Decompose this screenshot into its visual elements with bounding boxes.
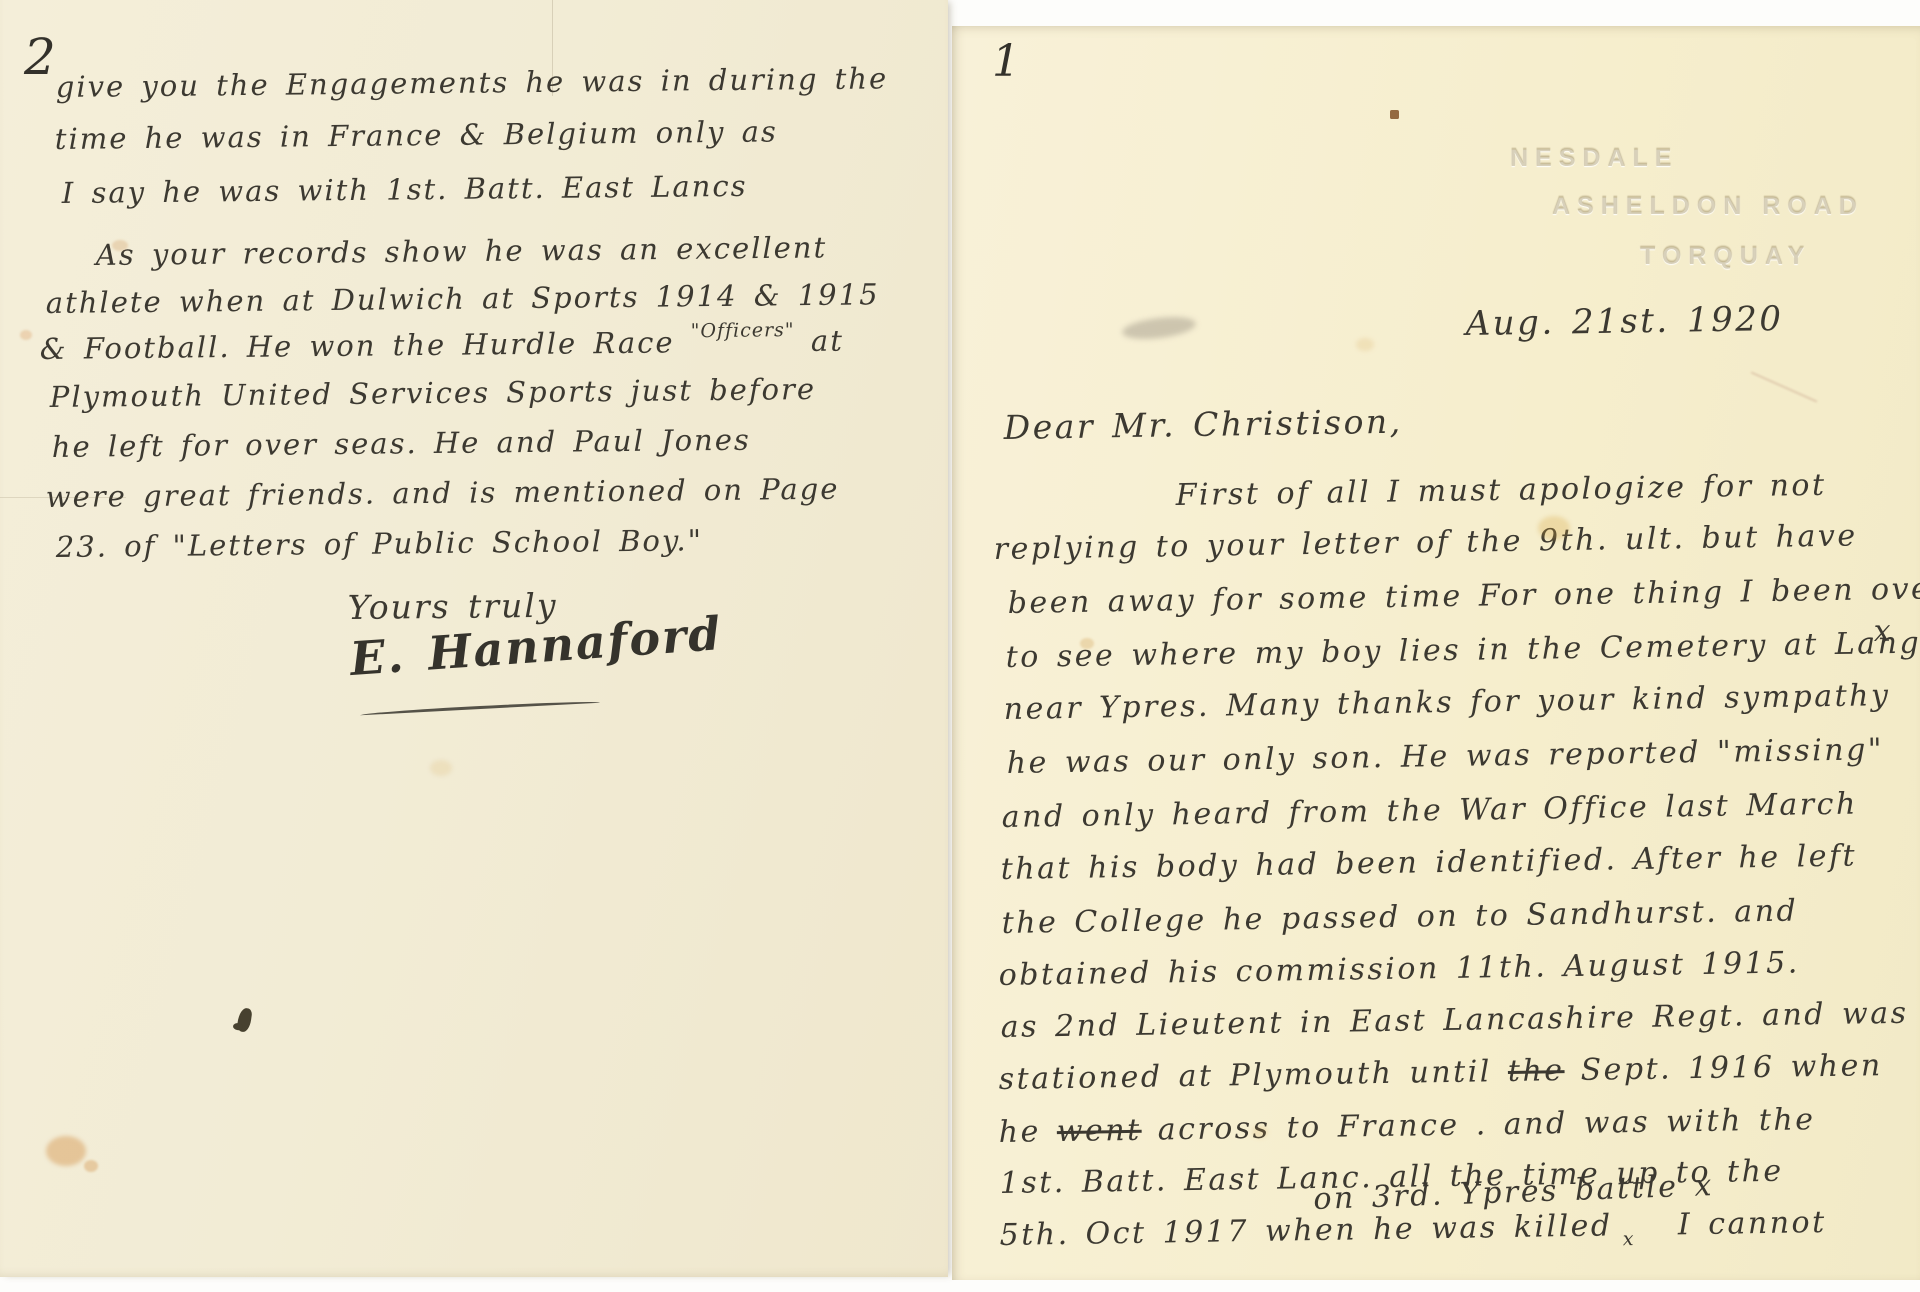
handwritten-line: 23. of "Letters of Public School Boy." [56,523,704,564]
handwritten-line: As your records show he was an excellent [96,230,828,272]
signature-flourish [360,700,600,716]
handwritten-line: been away for some time For one thing I … [1007,571,1920,621]
handwritten-line: to see where my boy lies in the Cemetery… [1005,624,1920,675]
paper-speck [1390,110,1399,119]
letter-page-1: 1 NESDALE ASHELDON ROAD TORQUAY Aug. 21s… [952,26,1920,1280]
handwritten-line: and only heard from the War Office last … [1001,787,1858,835]
struck-word: the [1508,1053,1565,1089]
ink-blot [236,1007,252,1033]
page-number-1: 1 [992,36,1020,87]
date-line: Aug. 21st. 1920 [1465,299,1783,344]
handwritten-line: give you the Engagements he was in durin… [56,61,889,104]
handwritten-line: the College he passed on to Sandhurst. a… [1001,893,1798,941]
fold-crease [1751,371,1818,402]
handwritten-line: he went across to France . and was with … [998,1102,1815,1150]
page-number-2: 2 [24,28,56,86]
handwritten-line: were great friends. and is mentioned on … [46,472,840,514]
handwritten-line: he was our only son. He was reported "mi… [1006,732,1884,781]
letter-page-2: 2 give you the Engagements he was in dur… [0,0,948,1277]
letterhead-street: ASHELDON ROAD [1552,192,1864,221]
margin-mark-x: x [1873,614,1893,649]
foxing-spot [430,760,452,776]
foxing-spot [1356,338,1374,351]
handwritten-line: Plymouth United Services Sports just bef… [50,372,817,414]
handwritten-line: stationed at Plymouth until the Sept. 19… [998,1048,1882,1097]
salutation: Dear Mr. Christison, [1003,402,1403,447]
handwritten-line: & Football. He won the Hurdle Race "Offi… [40,324,844,366]
handwritten-line: 5th. Oct 1917 when he was killedxI canno… [999,1205,1827,1260]
struck-word: went [1057,1113,1142,1149]
handwritten-line: as 2nd Lieutent in East Lancashire Regt.… [1000,996,1908,1045]
letterhead-town: TORQUAY [1640,242,1811,271]
scanned-letter: 2 give you the Engagements he was in dur… [0,0,1920,1292]
handwritten-line: that his body had been identified. After… [1000,839,1857,887]
caret-mark-x: x [1623,1228,1637,1250]
handwritten-line: time he was in France & Belgium only as [55,114,778,156]
handwritten-line: First of all I must apologize for not [1175,468,1826,513]
foxing-spot [84,1160,98,1172]
foxing-spot [46,1136,86,1166]
handwritten-line: obtained his commission 11th. August 191… [998,945,1800,993]
letterhead-house-name: NESDALE [1510,144,1678,173]
handwritten-line: replying to your letter of the 9th. ult.… [993,518,1857,567]
handwritten-line: I say he was with 1st. Batt. East Lancs [62,169,748,210]
handwritten-line: athlete when at Dulwich at Sports 1914 &… [46,277,880,320]
interline-insert-officers: "Officers" [691,319,795,342]
foxing-spot [20,330,32,340]
handwritten-line: near Ypres. Many thanks for your kind sy… [1003,678,1890,727]
erased-smudge [1121,314,1197,343]
handwritten-line: he left for over seas. He and Paul Jones [52,423,751,464]
